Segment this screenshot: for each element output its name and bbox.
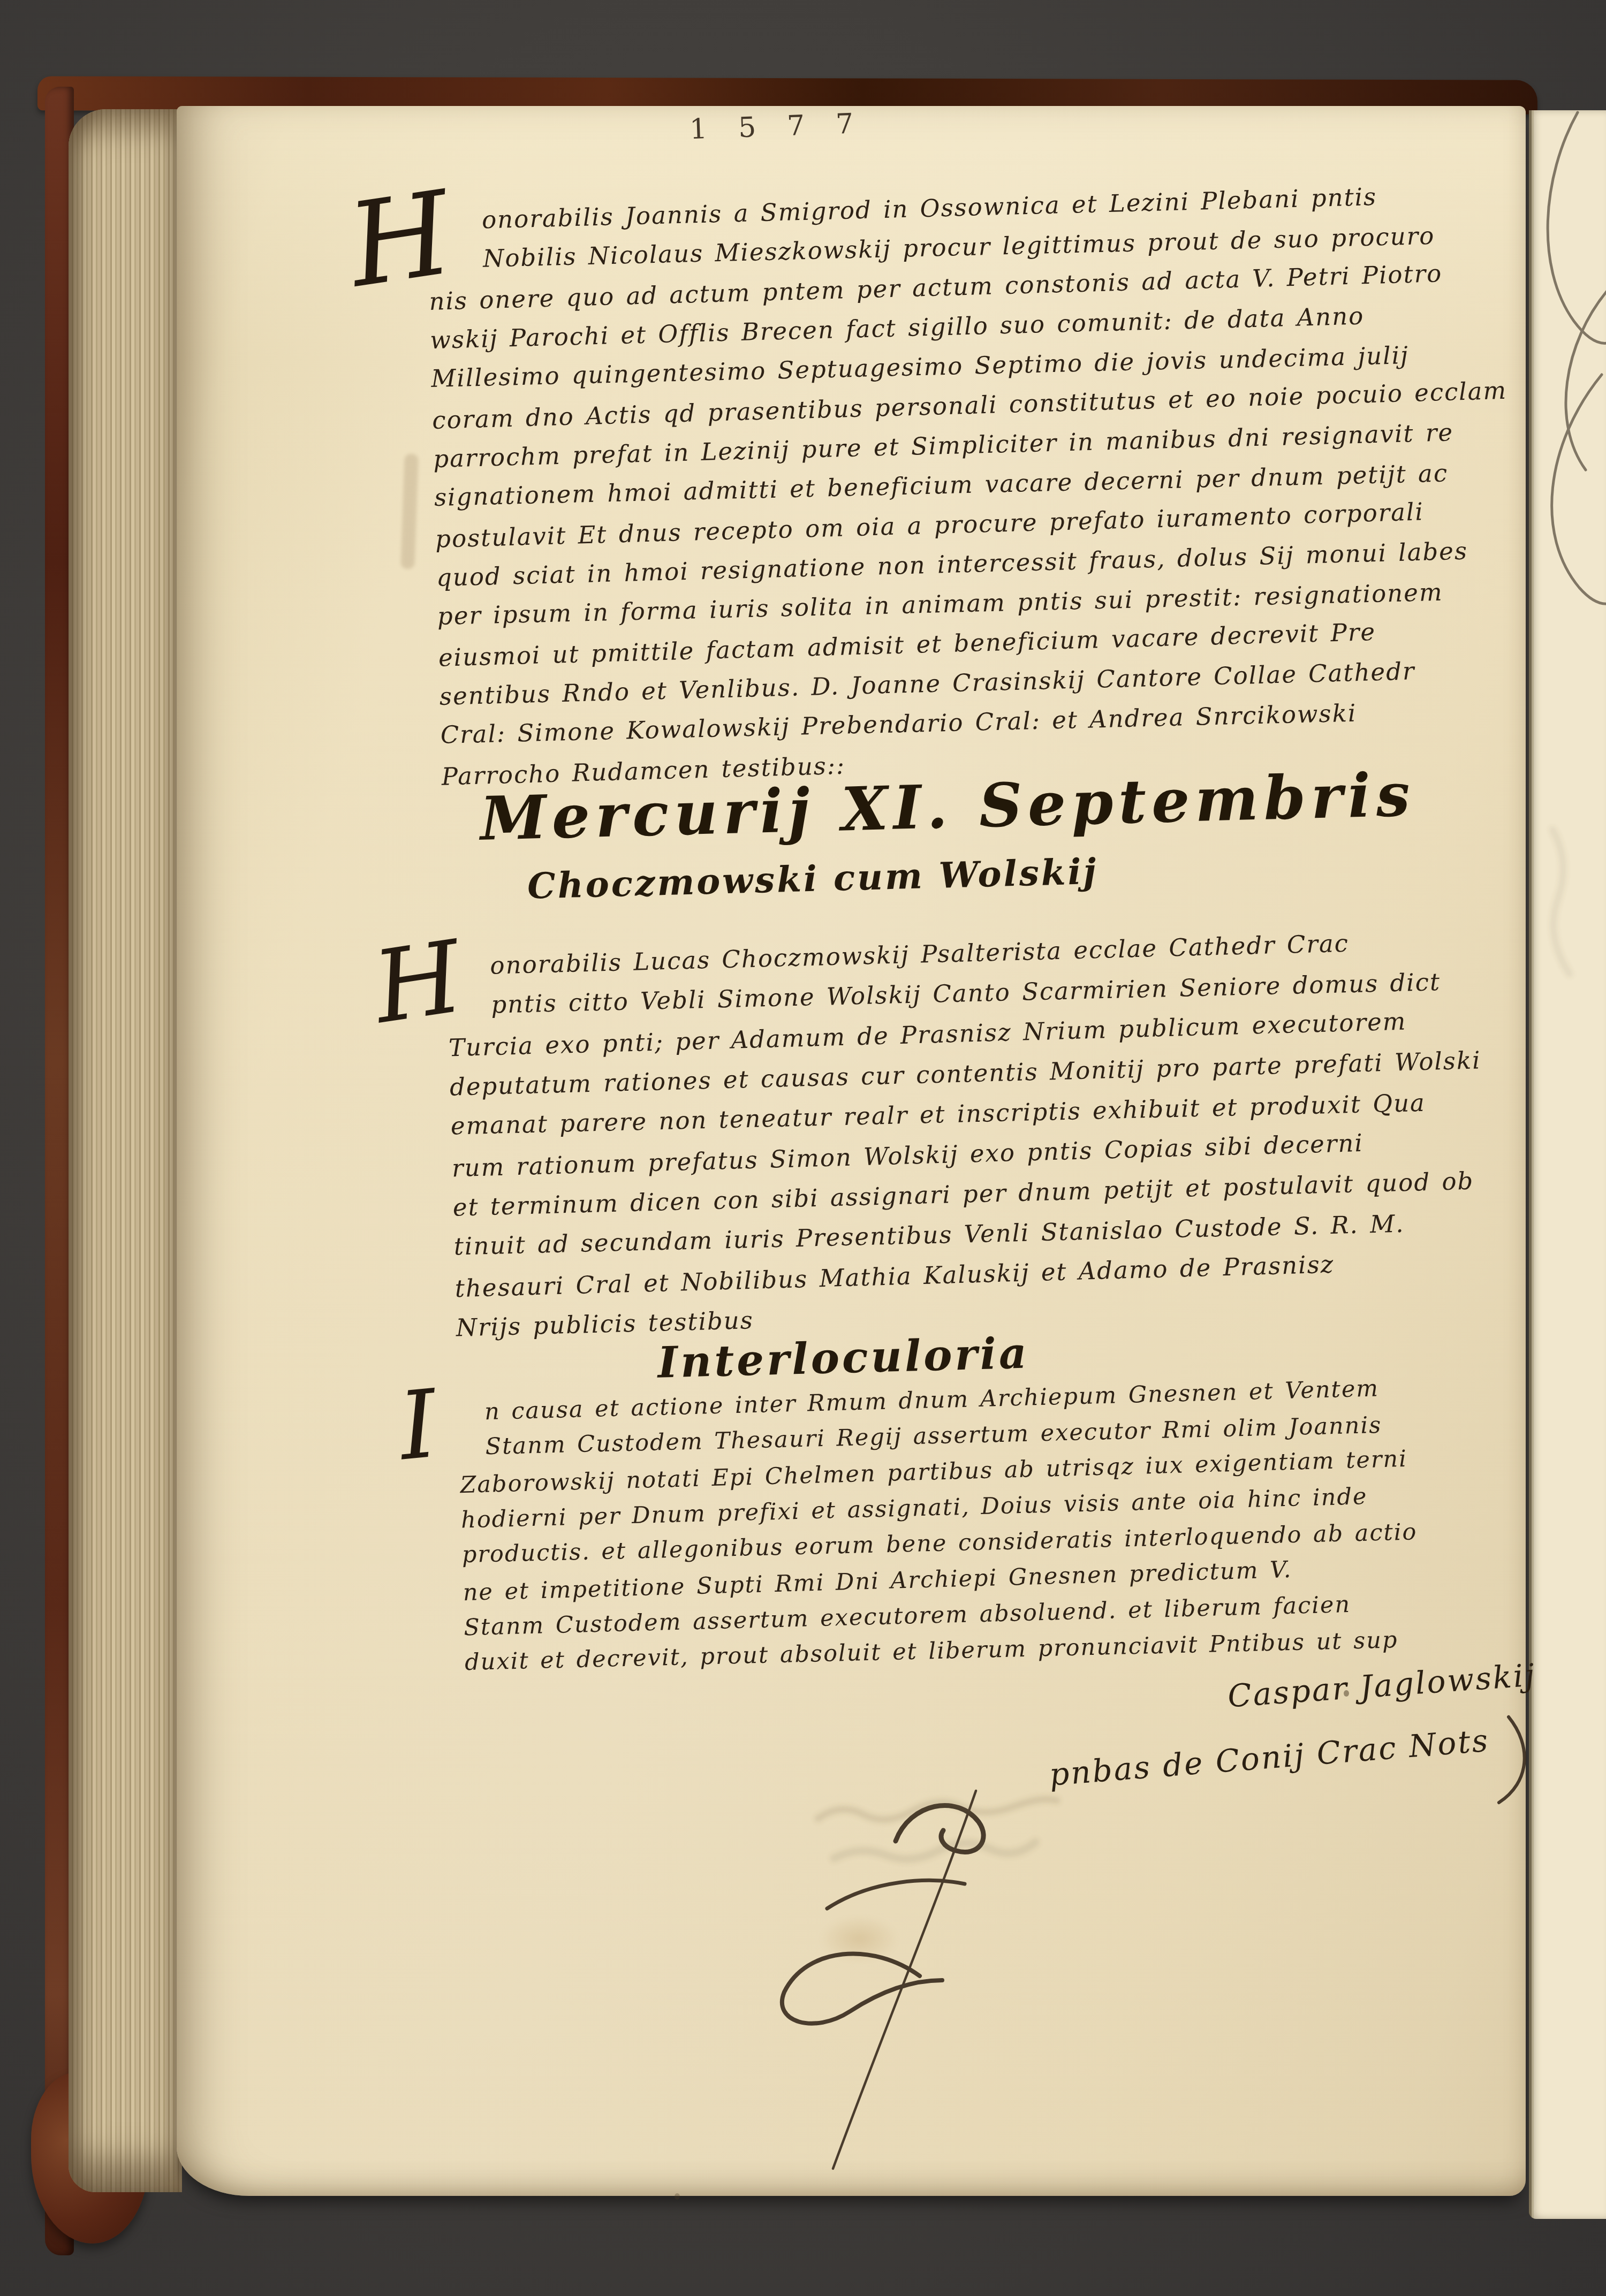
page-stack-fore-edge (69, 109, 182, 2192)
notary-signature-name: Caspar Jaglowskij (979, 1656, 1537, 1731)
interlocutoria-heading: Interloculoria (657, 1328, 1030, 1388)
manuscript-text-block: H onorabilis Joannis a Smigrod in Ossown… (172, 83, 1575, 2208)
record-entry-1: H onorabilis Joannis a Smigrod in Ossown… (427, 174, 1518, 796)
initial-capital-i: I (396, 1388, 440, 1463)
record-entry-2: H onorabilis Lucas Choczmowskij Psalteri… (446, 918, 1532, 1348)
ink-speck (1344, 1690, 1349, 1697)
record-entry-3: I n causa et actione inter Rmum dnum Arc… (458, 1367, 1541, 1682)
manuscript-page: 1577 H onorabilis Joannis a Smigrod in O… (177, 106, 1526, 2196)
paper-stain (819, 1915, 899, 1963)
photo-background: 1577 H onorabilis Joannis a Smigrod in O… (0, 0, 1606, 2296)
ink-speck (675, 2193, 680, 2200)
notary-signature-title: pnbas de Conij Crac Nots (981, 1722, 1490, 1798)
case-title-heading: Choczmowski cum Wolskij (527, 850, 1099, 907)
